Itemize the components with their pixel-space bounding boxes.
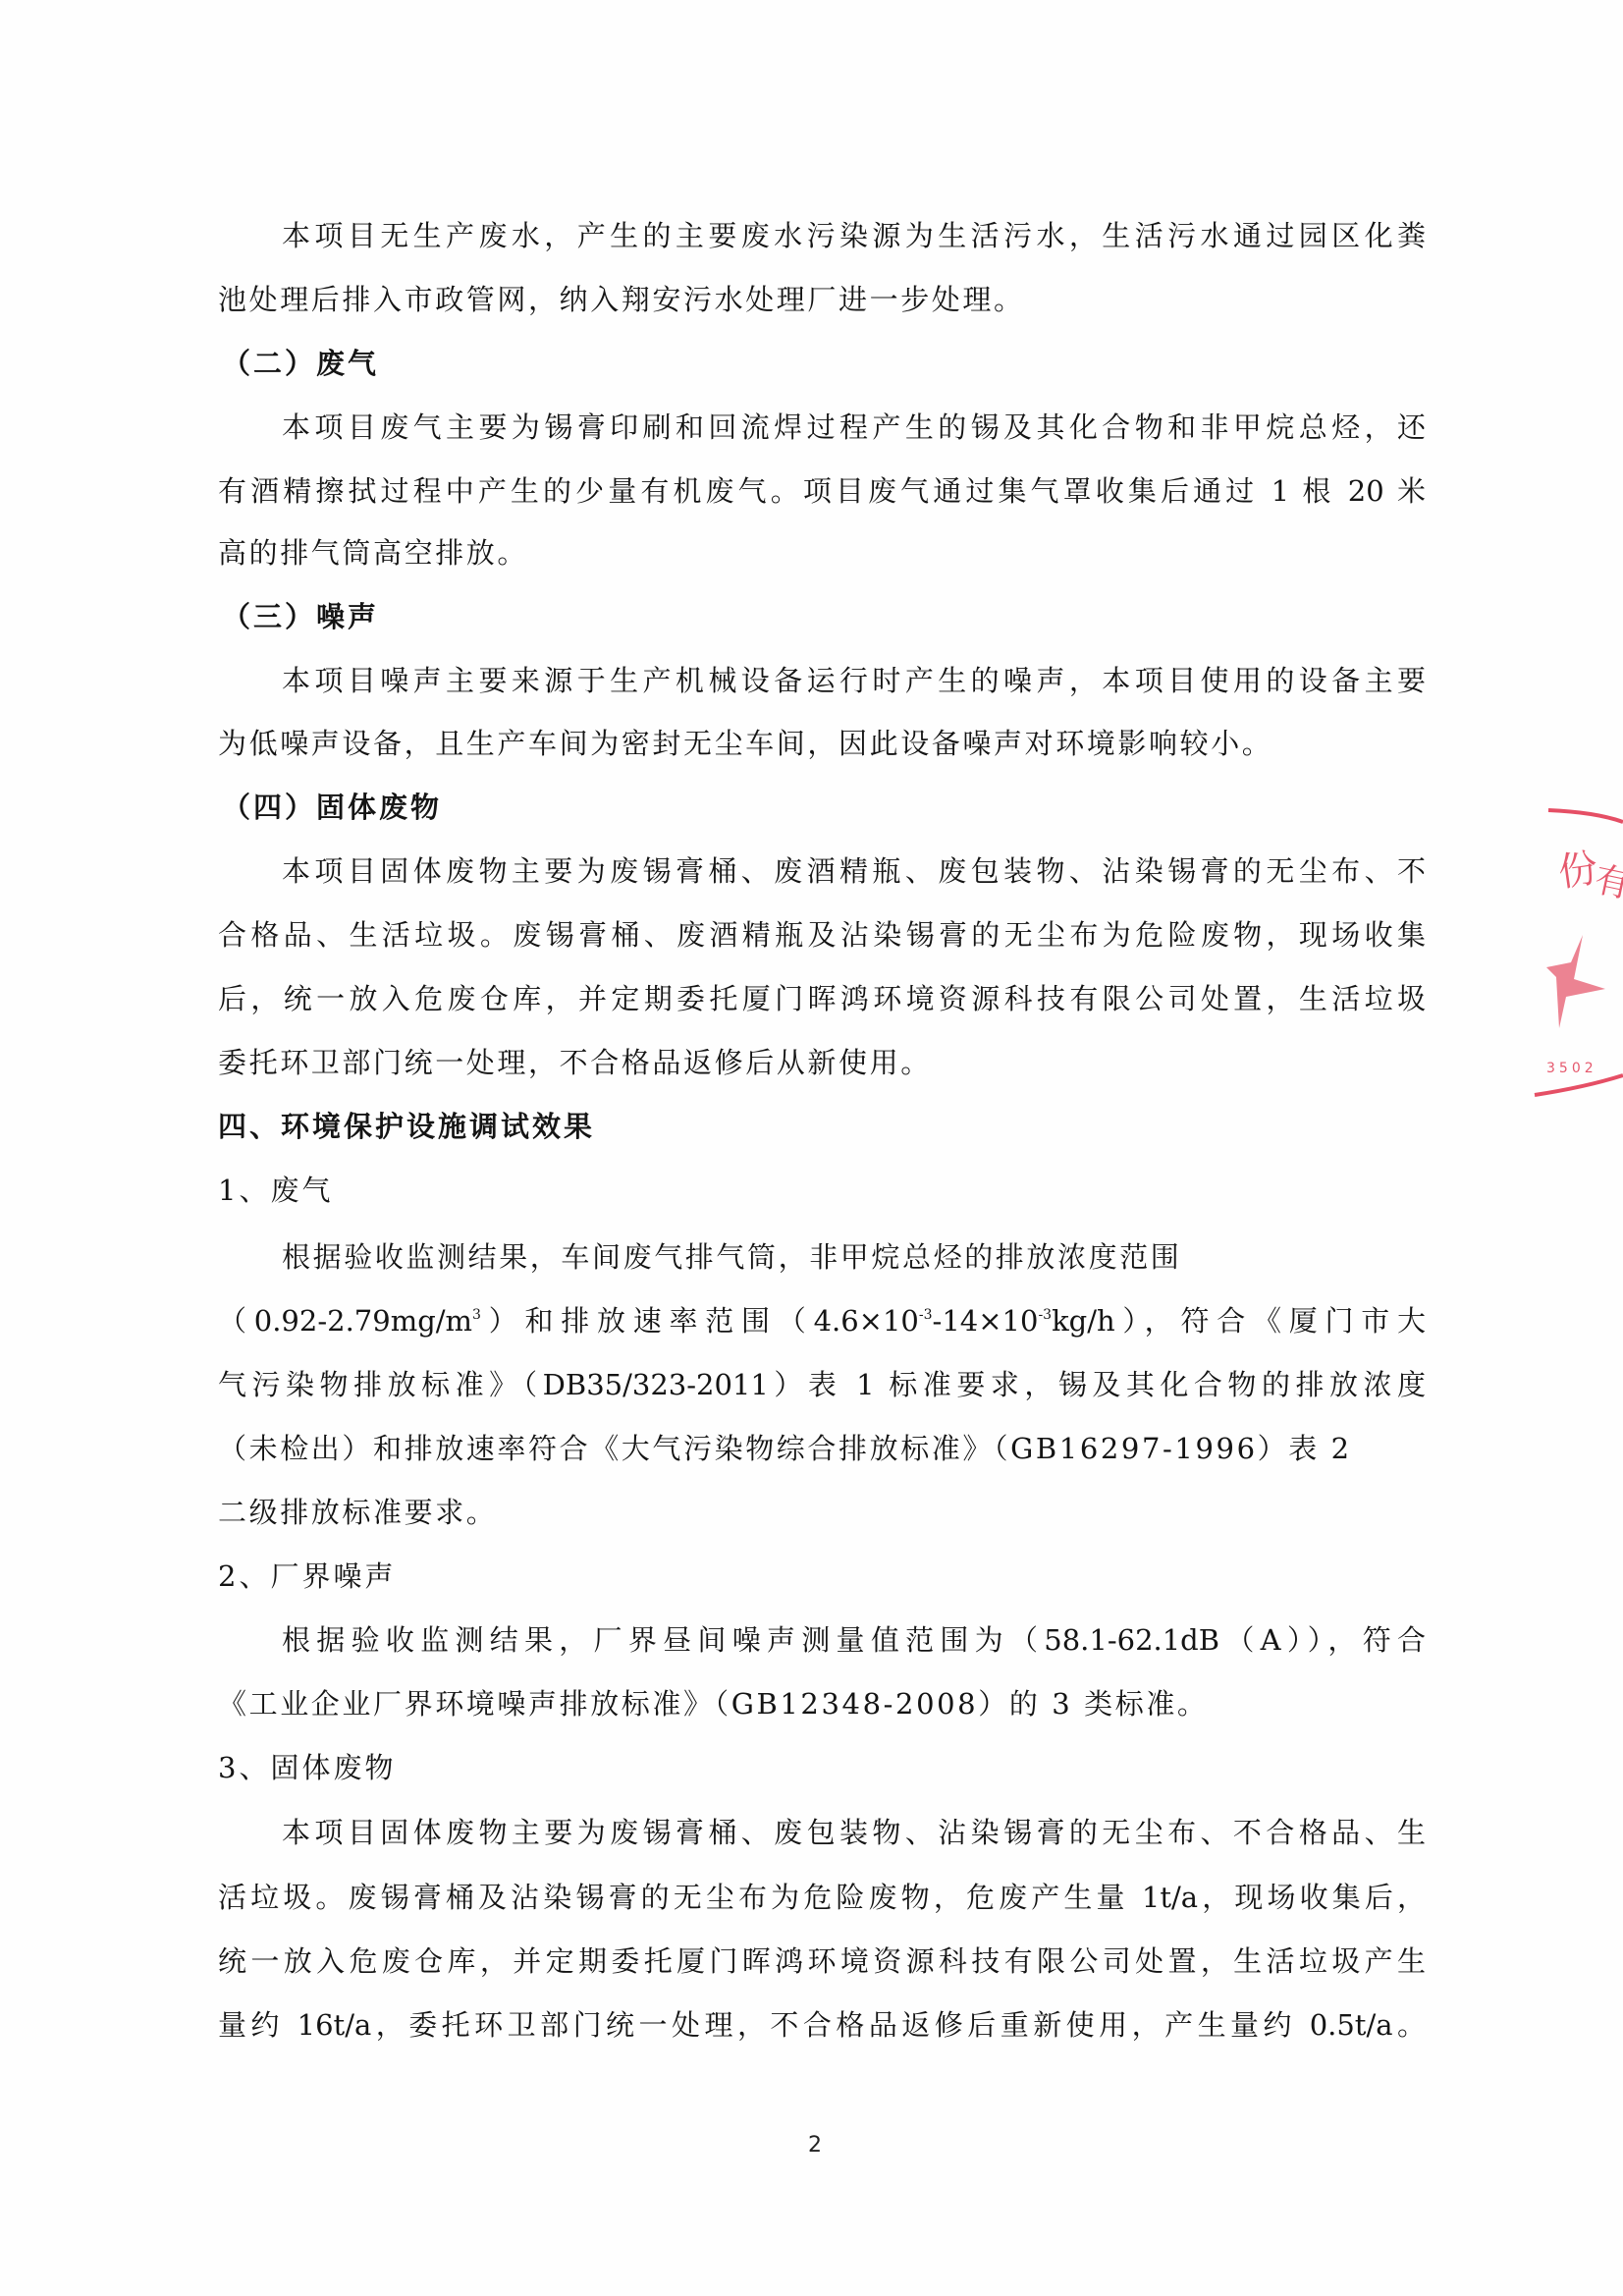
paragraph-line: 活垃圾。废锡膏桶及沾染锡膏的无尘布为危险废物，危废产生量 1t/a，现场收集后， [218, 1880, 1426, 1915]
subsection-title-boundary-noise: 2、厂界噪声 [218, 1558, 1426, 1594]
document-page: 本项目无生产废水，产生的主要废水污染源为生活污水，生活污水通过园区化粪 池处理后… [0, 0, 1623, 2296]
paragraph-line: 《工业企业厂界环境噪声排放标准》（GB12348-2008）的 3 类标准。 [218, 1686, 1426, 1722]
paragraph-line: 合格品、生活垃圾。废锡膏桶、废酒精瓶及沾染锡膏的无尘布为危险废物，现场收集 [218, 917, 1426, 953]
superscript: -3 [1038, 1307, 1052, 1323]
paragraph-line: 后，统一放入危废仓库，并定期委托厦门晖鸿环境资源科技有限公司处置，生活垃圾 [218, 981, 1426, 1016]
paragraph-line: 量约 16t/a，委托环卫部门统一处理，不合格品返修后重新使用，产生量约 0.5… [218, 2007, 1426, 2043]
paragraph-line: 本项目固体废物主要为废锡膏桶、废包装物、沾染锡膏的无尘布、不合格品、生 [282, 1815, 1426, 1850]
subsection-title-solid-waste: 3、固体废物 [218, 1750, 1426, 1785]
paragraph-line: 有酒精擦拭过程中产生的少量有机废气。项目废气通过集气罩收集后通过 1 根 20 … [218, 473, 1426, 509]
page-number: 2 [800, 2133, 830, 2158]
paragraph-line: 二级排放标准要求。 [218, 1495, 1426, 1530]
paragraph-line: （未检出）和排放速率符合《大气污染物综合排放标准》（GB16297-1996）表… [218, 1431, 1426, 1466]
section-heading-solid-waste: （四）固体废物 [222, 790, 1430, 825]
paragraph-line: 根据验收监测结果，车间废气排气筒，非甲烷总烃的排放浓度范围 [282, 1239, 1426, 1275]
paragraph-line: 根据验收监测结果，厂界昼间噪声测量值范围为（58.1-62.1dB（A）），符合 [282, 1622, 1426, 1658]
text-run: kg/h），符合《厦门市大 [1052, 1304, 1426, 1338]
paragraph-line-with-superscripts: （0.92-2.79mg/m3）和排放速率范围（4.6×10-3-14×10-3… [218, 1303, 1426, 1339]
text-run: ）和排放速率范围（4.6×10 [481, 1304, 919, 1338]
paragraph-line: 气污染物排放标准》（DB35/323-2011）表 1 标准要求，锡及其化合物的… [218, 1367, 1426, 1402]
superscript: -3 [919, 1307, 933, 1323]
paragraph-line: 本项目噪声主要来源于生产机械设备运行时产生的噪声，本项目使用的设备主要 [282, 663, 1426, 698]
paragraph-line: 为低噪声设备，且生产车间为密封无尘车间，因此设备噪声对环境影响较小。 [218, 726, 1426, 761]
text-run: -14×10 [933, 1304, 1039, 1338]
text-run: （0.92-2.79mg/m [218, 1304, 472, 1338]
superscript: 3 [472, 1307, 481, 1323]
section-heading-exhaust-gas: （二）废气 [222, 346, 1430, 381]
svg-text:3502: 3502 [1546, 1061, 1597, 1076]
paragraph-line: 池处理后排入市政管网，纳入翔安污水处理厂进一步处理。 [218, 282, 1426, 317]
section-heading-noise: （三）噪声 [222, 599, 1430, 634]
paragraph-line: 本项目固体废物主要为废锡膏桶、废酒精瓶、废包装物、沾染锡膏的无尘布、不 [282, 853, 1426, 889]
company-seal-stamp: 份 有 3502 [1527, 771, 1623, 1110]
section-heading-commissioning-results: 四、环境保护设施调试效果 [218, 1109, 1426, 1144]
paragraph-line: 本项目废气主要为锡膏印刷和回流焊过程产生的锡及其化合物和非甲烷总烃，还 [282, 410, 1426, 445]
paragraph-line: 委托环卫部门统一处理，不合格品返修后从新使用。 [218, 1045, 1426, 1080]
paragraph-line: 高的排气筒高空排放。 [218, 535, 1426, 571]
subsection-title-exhaust-gas: 1、废气 [218, 1173, 1426, 1208]
seal-icon: 份 有 3502 [1527, 771, 1623, 1110]
paragraph-line: 本项目无生产废水，产生的主要废水污染源为生活污水，生活污水通过园区化粪 [282, 218, 1426, 253]
paragraph-line: 统一放入危废仓库，并定期委托厦门晖鸿环境资源科技有限公司处置，生活垃圾产生 [218, 1943, 1426, 1979]
